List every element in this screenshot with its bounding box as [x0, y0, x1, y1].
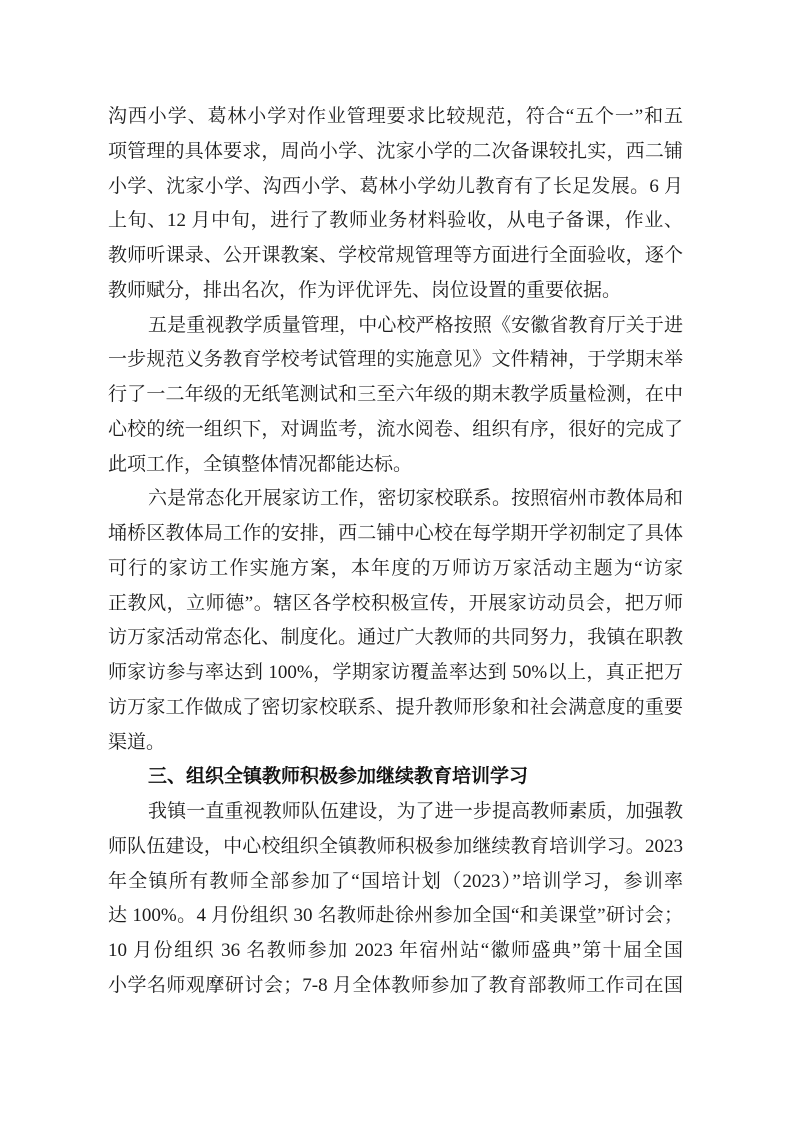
text-line: 我镇一直重视教师队伍建设，为了进一步提高教师素质，加强教	[108, 795, 683, 830]
text-line: 心校的统一组织下，对调监考，流水阅卷、组织有序，很好的完成了	[108, 413, 683, 448]
text-line: 正教风，立师德”。辖区各学校积极宣传，开展家访动员会，把万师	[108, 587, 683, 622]
text-line: 埇桥区教体局工作的安排，西二铺中心校在每学期开学初制定了具体	[108, 517, 683, 552]
text-line: 一步规范义务教育学校考试管理的实施意见》文件精神，于学期末举	[108, 343, 683, 378]
text-line: 10 月份组织 36 名教师参加 2023 年宿州站“徽师盛典”第十届全国	[108, 934, 683, 969]
document-body: 沟西小学、葛林小学对作业管理要求比较规范，符合“五个一”和五项管理的具体要求，周…	[108, 100, 683, 1004]
text-line: 上旬、12 月中旬，进行了教师业务材料验收，从电子备课，作业、	[108, 204, 683, 239]
text-line: 沟西小学、葛林小学对作业管理要求比较规范，符合“五个一”和五	[108, 100, 683, 135]
text-line: 六是常态化开展家访工作，密切家校联系。按照宿州市教体局和	[108, 482, 683, 517]
text-line: 此项工作，全镇整体情况都能达标。	[108, 448, 683, 483]
document-page: 沟西小学、葛林小学对作业管理要求比较规范，符合“五个一”和五项管理的具体要求，周…	[0, 0, 793, 1122]
text-line: 渠道。	[108, 726, 683, 761]
section-heading: 三、组织全镇教师积极参加继续教育培训学习	[108, 760, 683, 795]
text-line: 师队伍建设，中心校组织全镇教师积极参加继续教育培训学习。2023	[108, 830, 683, 865]
text-line: 可行的家访工作实施方案，本年度的万师访万家活动主题为“访家庭，	[108, 552, 683, 587]
text-line: 教师赋分，排出名次，作为评优评先、岗位设置的重要依据。	[108, 274, 683, 309]
text-line: 五是重视教学质量管理，中心校严格按照《安徽省教育厅关于进	[108, 309, 683, 344]
text-line: 达 100%。4 月份组织 30 名教师赴徐州参加全国“和美课堂”研讨会；	[108, 899, 683, 934]
text-line: 小学、沈家小学、沟西小学、葛林小学幼儿教育有了长足发展。6 月	[108, 170, 683, 205]
text-line: 行了一二年级的无纸笔测试和三至六年级的期末教学质量检测，在中	[108, 378, 683, 413]
text-line: 访万家工作做成了密切家校联系、提升教师形象和社会满意度的重要	[108, 691, 683, 726]
text-line: 访万家活动常态化、制度化。通过广大教师的共同努力，我镇在职教	[108, 621, 683, 656]
text-line: 年全镇所有教师全部参加了“国培计划（2023）”培训学习，参训率	[108, 865, 683, 900]
text-line: 教师听课录、公开课教案、学校常规管理等方面进行全面验收，逐个	[108, 239, 683, 274]
text-line: 小学名师观摩研讨会；7-8 月全体教师参加了教育部教师工作司在国	[108, 969, 683, 1004]
text-line: 项管理的具体要求，周尚小学、沈家小学的二次备课较扎实，西二铺	[108, 135, 683, 170]
text-line: 师家访参与率达到 100%，学期家访覆盖率达到 50%以上，真正把万师	[108, 656, 683, 691]
